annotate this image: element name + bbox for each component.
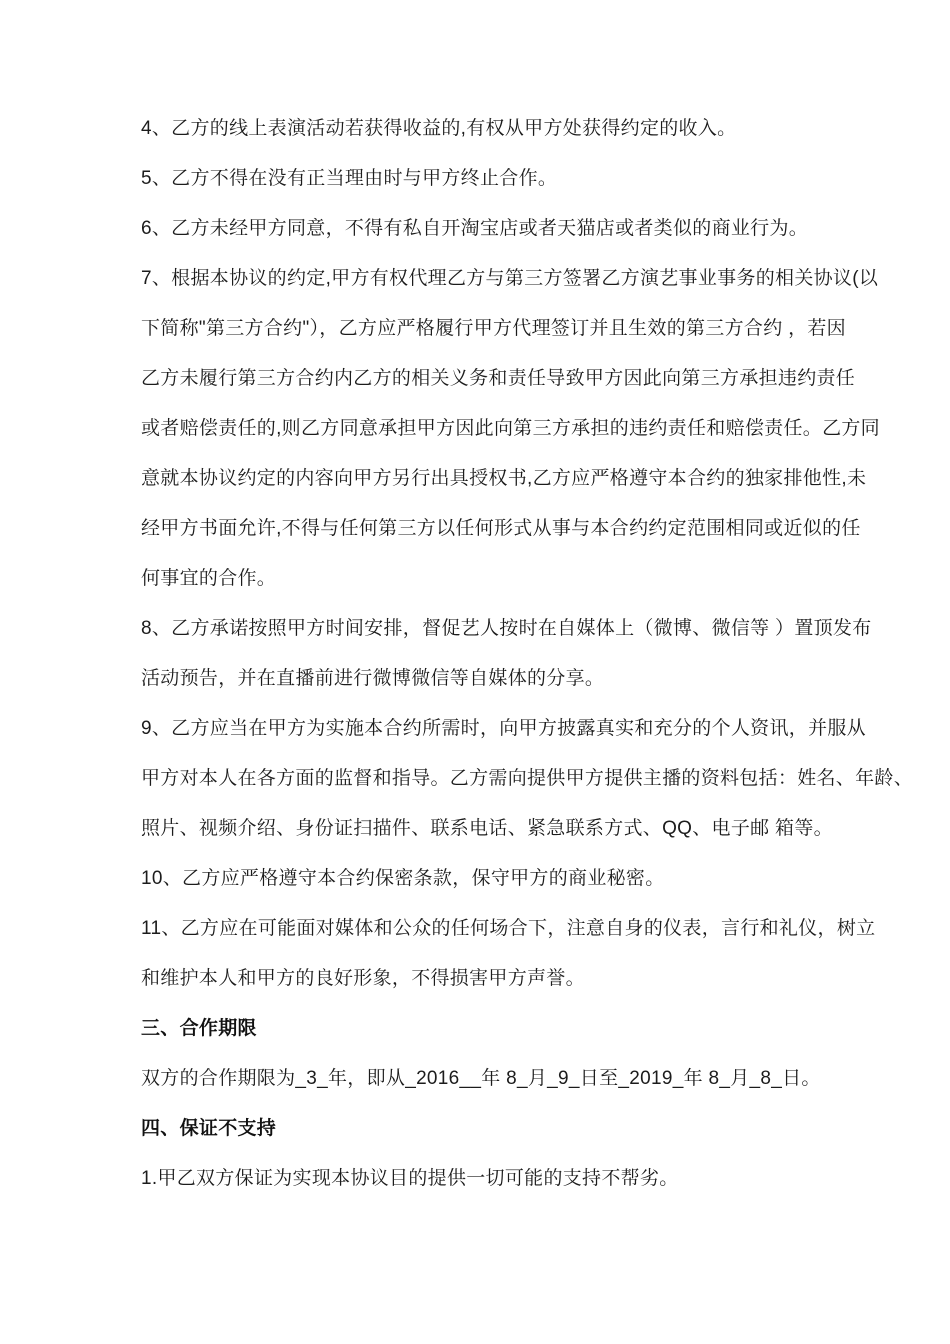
section-heading-guarantee: 四、保证不支持: [141, 1104, 831, 1154]
text-line: 照片、视频介绍、身份证扫描件、联系电话、紧急联系方式、QQ、电子邮 箱等。: [141, 804, 831, 854]
text-line: 10、乙方应严格遵守本合约保密条款，保守甲方的商业秘密。: [141, 854, 831, 904]
text-line: 7、根据本协议的约定,甲方有权代理乙方与第三方签署乙方演艺事业事务的相关协议(以: [141, 254, 831, 304]
clause-8: 8、乙方承诺按照甲方时间安排，督促艺人按时在自媒体上（微博、微信等 ）置顶发布活…: [141, 604, 831, 704]
text-line: 11、乙方应在可能面对媒体和公众的任何场合下，注意自身的仪表，言行和礼仪，树立: [141, 904, 831, 954]
guarantee-clause-1: 1.甲乙双方保证为实现本协议目的提供一切可能的支持不帮劣。: [141, 1154, 831, 1204]
text-line: 甲方对本人在各方面的监督和指导。乙方需向提供甲方提供主播的资料包括：姓名、年龄、: [141, 754, 831, 804]
text-line: 四、保证不支持: [141, 1104, 831, 1154]
section-heading-cooperation-term: 三、合作期限: [141, 1004, 831, 1054]
text-line: 三、合作期限: [141, 1004, 831, 1054]
text-line: 5、乙方不得在没有正当理由时与甲方终止合作。: [141, 154, 831, 204]
text-line: 乙方未履行第三方合约内乙方的相关义务和责任导致甲方因此向第三方承担违约责任: [141, 354, 831, 404]
document-content: 4、乙方的线上表演活动若获得收益的,有权从甲方处获得约定的收入。5、乙方不得在没…: [141, 104, 831, 1204]
text-line: 何事宜的合作。: [141, 554, 831, 604]
clause-9: 9、乙方应当在甲方为实施本合约所需时，向甲方披露真实和充分的个人资讯，并服从甲方…: [141, 704, 831, 854]
text-line: 1.甲乙双方保证为实现本协议目的提供一切可能的支持不帮劣。: [141, 1154, 831, 1204]
text-line: 8、乙方承诺按照甲方时间安排，督促艺人按时在自媒体上（微博、微信等 ）置顶发布: [141, 604, 831, 654]
text-line: 6、乙方未经甲方同意，不得有私自开淘宝店或者天猫店或者类似的商业行为。: [141, 204, 831, 254]
text-line: 或者赔偿责任的,则乙方同意承担甲方因此向第三方承担的违约责任和赔偿责任。乙方同: [141, 404, 831, 454]
clause-10: 10、乙方应严格遵守本合约保密条款，保守甲方的商业秘密。: [141, 854, 831, 904]
text-line: 和维护本人和甲方的良好形象，不得损害甲方声誉。: [141, 954, 831, 1004]
clause-11: 11、乙方应在可能面对媒体和公众的任何场合下，注意自身的仪表，言行和礼仪，树立和…: [141, 904, 831, 1004]
text-line: 下简称"第三方合约"），乙方应严格履行甲方代理签订并且生效的第三方合约 ，若因: [141, 304, 831, 354]
text-line: 意就本协议约定的内容向甲方另行出具授权书,乙方应严格遵守本合约的独家排他性,未: [141, 454, 831, 504]
clause-7: 7、根据本协议的约定,甲方有权代理乙方与第三方签署乙方演艺事业事务的相关协议(以…: [141, 254, 831, 604]
text-line: 双方的合作期限为_3_年，即从_2016__年 8_月_9_日至_2019_年 …: [141, 1054, 831, 1104]
clause-5: 5、乙方不得在没有正当理由时与甲方终止合作。: [141, 154, 831, 204]
clause-4: 4、乙方的线上表演活动若获得收益的,有权从甲方处获得约定的收入。: [141, 104, 831, 154]
text-line: 9、乙方应当在甲方为实施本合约所需时，向甲方披露真实和充分的个人资讯，并服从: [141, 704, 831, 754]
text-line: 4、乙方的线上表演活动若获得收益的,有权从甲方处获得约定的收入。: [141, 104, 831, 154]
text-line: 经甲方书面允许,不得与任何第三方以任何形式从事与本合约约定范围相同或近似的任: [141, 504, 831, 554]
clause-6: 6、乙方未经甲方同意，不得有私自开淘宝店或者天猫店或者类似的商业行为。: [141, 204, 831, 254]
cooperation-term-detail: 双方的合作期限为_3_年，即从_2016__年 8_月_9_日至_2019_年 …: [141, 1054, 831, 1104]
document-page: 4、乙方的线上表演活动若获得收益的,有权从甲方处获得约定的收入。5、乙方不得在没…: [0, 0, 950, 1344]
text-line: 活动预告，并在直播前进行微博微信等自媒体的分享。: [141, 654, 831, 704]
